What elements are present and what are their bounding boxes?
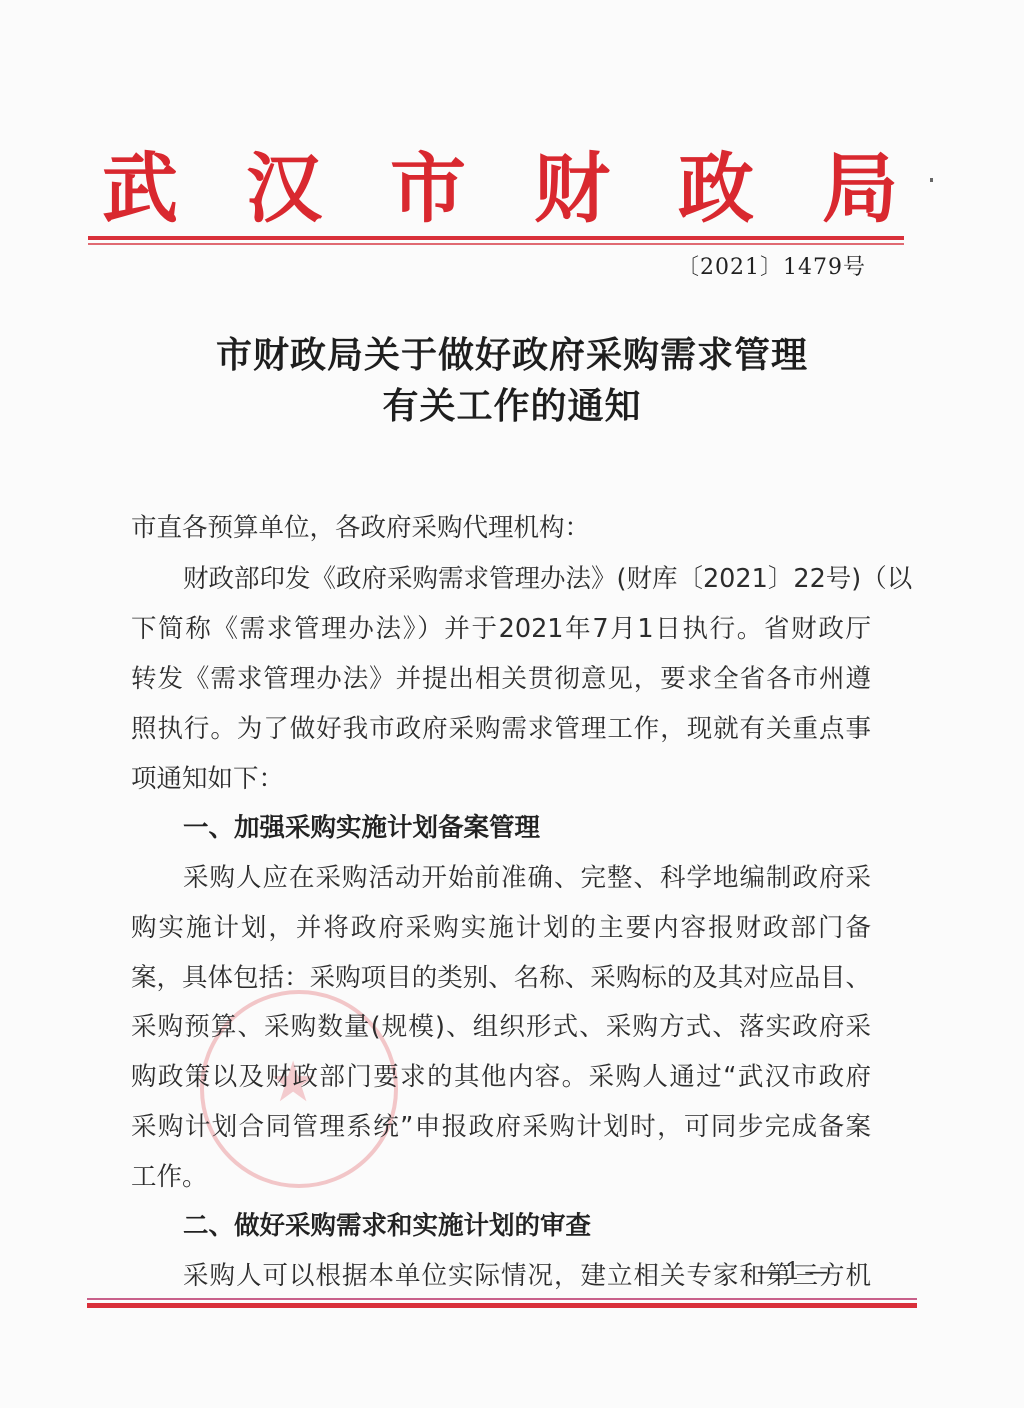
paragraph-line: 购实施计划，并将政府采购实施计划的主要内容报财政部门备 [131, 911, 871, 945]
paragraph-line: 照执行。为了做好我市政府采购需求管理工作，现就有关重点事 [131, 712, 871, 746]
paragraph-line: 下简称《需求管理办法》）并于2021年7月1日执行。省财政厅 [131, 612, 871, 646]
letterhead-rule-thin [88, 243, 904, 245]
paragraph-line: 项通知如下： [131, 762, 871, 796]
paragraph-line: 购政策以及财政部门要求的其他内容。采购人通过“武汉市政府 [131, 1060, 871, 1094]
letterhead-char: 市 [378, 148, 478, 230]
paragraph-line: 案，具体包括：采购项目的类别、名称、采购标的及其对应品目、 [131, 961, 871, 995]
paragraph-line: 采购预算、采购数量(规模)、组织形式、采购方式、落实政府采 [131, 1010, 871, 1044]
paragraph-line: 转发《需求管理办法》并提出相关贯彻意见，要求全省各市州遵 [131, 662, 871, 696]
letterhead-char: 武 [90, 148, 190, 230]
letterhead-char: 政 [666, 148, 766, 230]
letterhead-char: 汉 [234, 148, 334, 230]
letterhead-title: 武 汉 市 财 政 局 [90, 148, 910, 230]
document-title-line-2: 有关工作的通知 [0, 378, 1024, 429]
section-heading-1: 一、加强采购实施计划备案管理 [183, 811, 540, 845]
page-number: —1— [757, 1257, 832, 1285]
paragraph-line: 工作。 [131, 1160, 871, 1194]
letterhead-char: 局 [810, 148, 910, 230]
document-title-line-1: 市财政局关于做好政府采购需求管理 [0, 327, 1024, 378]
section-heading-2: 二、做好采购需求和实施计划的审查 [183, 1209, 591, 1243]
salutation: 市直各预算单位，各政府采购代理机构： [131, 511, 871, 545]
footer-rule-thick [87, 1303, 917, 1308]
paragraph-line: 采购人应在采购活动开始前准确、完整、科学地编制政府采 [183, 861, 871, 895]
document-number: 〔2021〕1479号 [677, 250, 866, 281]
letterhead-char: 财 [522, 148, 622, 230]
scan-speck [930, 178, 933, 182]
footer-rule-thin [87, 1298, 917, 1300]
paragraph-line: 采购计划合同管理系统”申报政府采购计划时，可同步完成备案 [131, 1110, 871, 1144]
letterhead-rule-thick [88, 236, 904, 240]
document-page: 武 汉 市 财 政 局 〔2021〕1479号 市财政局关于做好政府采购需求管理… [0, 0, 1024, 1408]
paragraph-line: 财政部印发《政府采购需求管理办法》(财库〔2021〕22号)（以 [183, 562, 871, 596]
